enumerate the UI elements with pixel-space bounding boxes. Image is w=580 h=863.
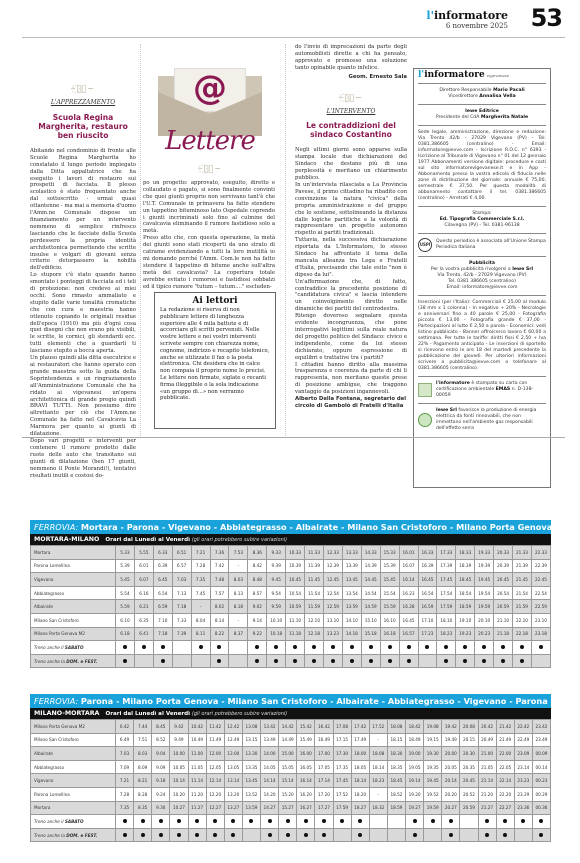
service-dot-icon [304, 833, 308, 837]
departure-time: 8.28 [134, 787, 152, 801]
service-dot-icon [255, 645, 259, 649]
departure-time: 13.27 [224, 801, 242, 815]
departure-time: 13.45 [342, 573, 361, 587]
departure-time: 10.49 [188, 733, 206, 747]
departure-time: 17.08 [333, 720, 351, 734]
service-dot-icon [286, 833, 290, 837]
service-dot-icon [312, 659, 316, 663]
departure-time: 19.10 [456, 613, 475, 627]
service-dot-icon [485, 833, 489, 837]
departure-time: 19.33 [475, 546, 494, 560]
departure-time: 23.36 [514, 801, 532, 815]
departure-time: 22.42 [514, 720, 532, 734]
service-dot-icon [159, 819, 163, 823]
departure-time: 23.42 [532, 720, 550, 734]
departure-time: 19.59 [424, 801, 442, 815]
departure-time: 00.14 [532, 760, 550, 774]
departure-time: 8.11 [191, 627, 210, 641]
route-title: Parona - Milano Porta Genova - Milano Sa… [81, 696, 548, 706]
departure-time: 7.35 [191, 573, 210, 587]
timetable-row: Vigevano5.456.076.457.037.357.488.038.48… [31, 573, 551, 587]
station-name: Vigevano [31, 774, 116, 788]
departure-time: 17.27 [315, 801, 333, 815]
departure-time: 8.03 [229, 573, 248, 587]
departure-time: 13.14 [224, 774, 242, 788]
departure-time: 10.33 [286, 546, 305, 560]
departure-time: 22.05 [496, 760, 514, 774]
departure-time: 13.42 [261, 720, 279, 734]
departure-time: 7.18 [153, 627, 172, 641]
timetable-row: Vigevano7.218.219.1810.1411.1412.1413.14… [31, 774, 551, 788]
departure-time: 13.35 [242, 760, 260, 774]
departure-time: 12.33 [323, 546, 342, 560]
departure-time: 13.00 [224, 747, 242, 761]
lettere-title: Lettere [148, 126, 272, 156]
service-dot-icon [141, 819, 145, 823]
departure-time: 11.05 [188, 760, 206, 774]
departure-time: 11.42 [206, 720, 224, 734]
departure-time: 10.27 [170, 801, 188, 815]
departure-time: 7.35 [116, 801, 134, 815]
service-dot-icon [449, 833, 453, 837]
service-dot-icon [501, 659, 505, 663]
departure-time: 23.23 [514, 774, 532, 788]
service-dot-icon [217, 659, 221, 663]
departure-time: 8.02 [210, 600, 229, 614]
departure-time: 23.49 [532, 733, 550, 747]
departure-time: 20.05 [442, 760, 460, 774]
departure-time: 14.10 [342, 613, 361, 627]
departure-time: 20.00 [442, 747, 460, 761]
departure-time: 13.59 [342, 600, 361, 614]
departure-time: 9.42 [170, 720, 188, 734]
departure-time: 19.39 [475, 559, 494, 573]
departure-time: 22.10 [513, 613, 532, 627]
departure-time: 19.45 [475, 573, 494, 587]
service-dot-icon [142, 645, 146, 649]
departure-time: 23.14 [514, 760, 532, 774]
service-dot-icon [268, 833, 272, 837]
station-name: Albairate [31, 747, 116, 761]
departure-time: 16.57 [399, 627, 418, 641]
departure-time: 10.42 [188, 720, 206, 734]
departure-time: 18.59 [456, 600, 475, 614]
article-body: Negli ultimi giorni sono apparse sulla s… [295, 147, 407, 396]
direction-label: MORTARA-MILANO [34, 536, 99, 543]
service-dot-icon [331, 645, 335, 649]
departure-time: 16.07 [399, 559, 418, 573]
advertising-rates: Inserzioni (per l'Italia): Commerciali €… [418, 295, 546, 376]
article-headline: Le contraddizioni del sindaco Costantino [295, 121, 407, 139]
departure-time: 18.08 [387, 720, 405, 734]
departure-time: 7.53 [229, 546, 248, 560]
departure-time: 9.45 [267, 573, 286, 587]
station-name: Milano San Cristoforo [31, 733, 116, 747]
timetable-row: Milano San Cristoforo6.106.357.107.338.0… [31, 613, 551, 627]
departure-time: 20.59 [460, 801, 478, 815]
departure-time: 20.42 [478, 720, 496, 734]
service-dot-icon [123, 659, 127, 663]
departure-time: 7.03 [116, 747, 134, 761]
letter-column-3: do l'invio di imprecazioni da parte degl… [295, 44, 407, 410]
departure-time: 19.08 [424, 720, 442, 734]
departure-time: 7.18 [172, 600, 191, 614]
departure-time: 15.54 [380, 586, 399, 600]
station-name: Abbiategrasso [31, 586, 116, 600]
departure-time: 19.23 [456, 627, 475, 641]
route-title: Mortara - Parona - Vigevano - Abbiategra… [81, 522, 551, 532]
departure-time: 20.20 [442, 787, 460, 801]
departure-time: 11.39 [305, 559, 324, 573]
service-dot-icon [286, 819, 290, 823]
departure-time: 19.15 [424, 733, 442, 747]
departure-time: 11.27 [188, 801, 206, 815]
departure-time: 16.01 [399, 546, 418, 560]
departure-time: 16.42 [315, 720, 333, 734]
departure-time: 6.49 [116, 733, 134, 747]
departure-time: 7.45 [191, 586, 210, 600]
page-number: 53 [531, 4, 562, 32]
departure-time: 20.08 [460, 720, 478, 734]
departure-time: 17.23 [418, 627, 437, 641]
service-dot-icon [195, 833, 199, 837]
service-dot-icon [322, 833, 326, 837]
departure-time: 14.33 [361, 546, 380, 560]
timetable-subheader-outbound: MORTARA-MILANOOrari dal Lunedì al Venerd… [30, 534, 551, 545]
departure-time: 16.20 [297, 787, 315, 801]
departure-time: 18.23 [437, 627, 456, 641]
departure-time: 17.00 [315, 747, 333, 761]
departure-time: 21.42 [496, 720, 514, 734]
service-dot-icon [463, 645, 467, 649]
departure-time: 18.14 [351, 774, 369, 788]
departure-time: 17.15 [333, 733, 351, 747]
departure-time: 17.33 [437, 546, 456, 560]
departure-time: 10.20 [170, 787, 188, 801]
departure-time: 17.45 [333, 774, 351, 788]
advertising-email: Email: informatore@ievve.com [418, 285, 546, 291]
departure-time: 19.49 [442, 733, 460, 747]
departure-time: 00.23 [532, 774, 550, 788]
departure-time: 15.42 [297, 720, 315, 734]
departure-time: 17.52 [369, 720, 387, 734]
station-name: Parona Lomellina [31, 559, 116, 573]
departure-time: 8.22 [210, 627, 229, 641]
service-dot-icon [159, 833, 163, 837]
uspi-logo-icon: USPI [418, 238, 432, 252]
departure-time: 14.42 [279, 720, 297, 734]
departure-time: 13.30 [242, 747, 260, 761]
departure-time: 23.18 [531, 627, 550, 641]
departure-time: 22.18 [513, 627, 532, 641]
departure-time: 19.05 [406, 760, 424, 774]
timetable-row: Mortara7.358.359.3010.2711.2712.2713.271… [31, 801, 551, 815]
departure-time: 5.45 [116, 573, 135, 587]
departure-time: 19.14 [406, 774, 424, 788]
departure-time: 18.27 [351, 801, 369, 815]
departure-time: - [229, 613, 248, 627]
departure-time: 14.14 [261, 774, 279, 788]
departure-time: 22.39 [531, 559, 550, 573]
departure-time: 13.45 [242, 774, 260, 788]
departure-time: 11.54 [305, 586, 324, 600]
departure-time: 17.30 [333, 747, 351, 761]
emas-logo-icon [418, 383, 432, 397]
departure-time: 19.35 [424, 760, 442, 774]
service-dot-icon [322, 819, 326, 823]
article-paragraph: Abitando nel condominio di fronte alle S… [30, 148, 136, 272]
departure-time: 13.15 [242, 733, 260, 747]
departure-time: 16.45 [399, 613, 418, 627]
departure-time: 21.54 [513, 586, 532, 600]
departure-time: 12.42 [224, 720, 242, 734]
ornament-icon: ~꙰❦꙰~ [148, 164, 272, 174]
timetable-row: Milano San Cristoforo6.497.518.529.4910.… [31, 733, 551, 747]
departure-time: 6.39 [153, 559, 172, 573]
departure-time: 23.09 [514, 747, 532, 761]
departure-time: 10.10 [267, 613, 286, 627]
departure-time: 13.20 [224, 787, 242, 801]
departure-time: 9.39 [267, 559, 286, 573]
service-dot-icon [199, 645, 203, 649]
departure-time: 16.45 [418, 573, 437, 587]
departure-time: 8.04 [191, 613, 210, 627]
departure-time: 21.10 [494, 613, 513, 627]
departure-time: 9.24 [152, 787, 170, 801]
service-dot-icon [255, 659, 259, 663]
timetable-banner-outbound: FERROVIA: Mortara - Parona - Vigevano - … [30, 520, 551, 534]
departure-time: 9.59 [267, 600, 286, 614]
article-paragraph: do l'invio di imprecazioni da parte degl… [295, 44, 407, 72]
departure-time: 7.33 [172, 613, 191, 627]
service-dot-icon [358, 833, 362, 837]
newspaper-name: l'informatore [426, 10, 508, 21]
departure-time: 11.10 [286, 613, 305, 627]
departure-time: 8.18 [229, 600, 248, 614]
departure-time: 8.13 [229, 586, 248, 600]
departure-time: 16.27 [297, 801, 315, 815]
departure-time: 20.15 [460, 733, 478, 747]
departure-time: 6.18 [116, 627, 135, 641]
service-dot-icon [312, 645, 316, 649]
infobox-brand: l'informatorevigevanese [418, 69, 546, 79]
departure-time: 21.18 [494, 627, 513, 641]
service-note-label: Treno anche la DOM. e FEST. [31, 828, 116, 842]
service-dot-icon [331, 659, 335, 663]
departure-time: 5.39 [116, 559, 135, 573]
service-dot-icon [358, 819, 362, 823]
departure-time: 21.14 [478, 774, 496, 788]
holiday-service-row: Treno anche la DOM. e FEST. [31, 654, 551, 668]
departure-time: 16.59 [418, 600, 437, 614]
departure-time: 9.54 [267, 586, 286, 600]
publisher-info: Iewe Editrice Presidente del CdA Margher… [418, 104, 546, 125]
departure-time: 22.27 [496, 801, 514, 815]
departure-time: 12.20 [206, 787, 224, 801]
departure-time: 17.49 [351, 733, 369, 747]
departure-time: 19.20 [406, 787, 424, 801]
publisher-name: Iewe Editrice [465, 109, 499, 114]
departure-time: 19.27 [406, 801, 424, 815]
departure-time: 6.07 [134, 573, 153, 587]
departure-time: 00.36 [532, 801, 550, 815]
departure-time: 19.52 [424, 787, 442, 801]
station-name: Abbiategrasso [31, 760, 116, 774]
departure-time: 20.54 [494, 586, 513, 600]
departure-time: - [369, 787, 387, 801]
departure-time: 21.45 [513, 573, 532, 587]
departure-time: 17.10 [418, 613, 437, 627]
green-energy-note: Iewe Srl favorisce la produzione di ener… [418, 403, 546, 436]
service-note-label: Treno anche il SABATO [31, 641, 116, 655]
departure-time: 8.52 [152, 733, 170, 747]
departure-time: 15.14 [279, 774, 297, 788]
timetable-row: Mortara5.335.556.336.517.217.367.538.369… [31, 546, 551, 560]
departure-time: 12.00 [206, 747, 224, 761]
departure-time: 18.30 [387, 747, 405, 761]
departure-time: 17.35 [333, 760, 351, 774]
saturday-service-row: Treno anche il SABATO [31, 815, 551, 829]
service-dot-icon [274, 659, 278, 663]
departure-time: 21.39 [513, 559, 532, 573]
service-dot-icon [231, 819, 235, 823]
departure-time: 10.00 [170, 747, 188, 761]
departure-time: 8.14 [210, 613, 229, 627]
departure-time: 16.14 [297, 774, 315, 788]
departure-time: 18.45 [387, 774, 405, 788]
departure-time: 16.18 [380, 627, 399, 641]
departure-time: 12.59 [323, 600, 342, 614]
departure-time: 18.32 [369, 801, 387, 815]
service-dot-icon [463, 659, 467, 663]
departure-time: 16.49 [315, 733, 333, 747]
departure-time: 12.14 [206, 774, 224, 788]
departure-time: 17.42 [351, 720, 369, 734]
departure-time: 8.57 [248, 586, 267, 600]
departure-time: 17.05 [315, 760, 333, 774]
departure-time: 23.29 [514, 787, 532, 801]
departure-time: 8.21 [134, 774, 152, 788]
departure-time: 20.30 [460, 747, 478, 761]
departure-time: 9.22 [248, 627, 267, 641]
departure-time: 16.39 [418, 559, 437, 573]
departure-time: 16.14 [399, 573, 418, 587]
departure-time: 12.27 [206, 801, 224, 815]
departure-time: 6.33 [153, 546, 172, 560]
section-kicker: L'INTERVENTO [295, 109, 407, 116]
station-name: Parona Lomellina [31, 787, 116, 801]
departure-time: 9.30 [152, 801, 170, 815]
service-dot-icon [217, 645, 221, 649]
service-dot-icon [304, 819, 308, 823]
service-dot-icon [444, 645, 448, 649]
service-dot-icon [431, 819, 435, 823]
departure-time: 20.52 [460, 787, 478, 801]
timetable-milano-mortara: Milano Porta Genova M26.427.448.459.4210… [30, 719, 551, 842]
departure-time: 20.49 [478, 733, 496, 747]
departure-time: 10.14 [170, 774, 188, 788]
departure-time: 22.54 [531, 586, 550, 600]
letter-regina-margherita-continued: po un progetto: approvato, eseguito, dir… [143, 180, 275, 291]
departure-time: 8.42 [248, 559, 267, 573]
departure-time: 14.18 [342, 627, 361, 641]
departure-time: 17.54 [437, 586, 456, 600]
departure-time: 21.49 [496, 733, 514, 747]
departure-time: 6.54 [153, 586, 172, 600]
issue-date: 6 novembre 2025 [426, 23, 508, 30]
service-dot-icon [340, 819, 344, 823]
service-dot-icon [501, 645, 505, 649]
departure-time: 22.00 [496, 747, 514, 761]
departure-time: 7.36 [210, 546, 229, 560]
departure-time: 7.51 [134, 733, 152, 747]
departure-time: 18.54 [456, 586, 475, 600]
service-dot-icon [123, 833, 127, 837]
departure-time: 7.21 [191, 546, 210, 560]
departure-time: 12.54 [323, 586, 342, 600]
departure-time: - [369, 733, 387, 747]
ornament-icon: ~꙰❦꙰~ [30, 84, 136, 94]
departure-time: 18.33 [456, 546, 475, 560]
station-name: Mortara [31, 546, 116, 560]
departure-time: 17.59 [333, 801, 351, 815]
departure-time: 18.49 [406, 733, 424, 747]
departure-time: 17.20 [315, 787, 333, 801]
service-dot-icon [293, 645, 297, 649]
departure-time: 16.33 [418, 546, 437, 560]
ornament-icon: ~꙰❦꙰~ [295, 93, 407, 103]
article-paragraph: po un progetto: approvato, eseguito, dir… [143, 180, 275, 235]
departure-time: 16.54 [418, 586, 437, 600]
departure-time: 6.21 [134, 600, 153, 614]
saturday-service-row: Treno anche il SABATO [31, 641, 551, 655]
service-dot-icon [369, 645, 373, 649]
departure-time: 7.28 [116, 787, 134, 801]
departure-time: 6.45 [153, 573, 172, 587]
departure-time: 20.14 [442, 774, 460, 788]
service-dot-icon [520, 645, 524, 649]
departure-time: 20.45 [494, 573, 513, 587]
departure-time: 13.59 [242, 801, 260, 815]
departure-time: 19.00 [406, 747, 424, 761]
departure-time: 16.10 [380, 613, 399, 627]
departure-time: 21.59 [513, 600, 532, 614]
departure-time: 8.09 [134, 760, 152, 774]
departure-time: 6.16 [134, 586, 153, 600]
service-dot-icon [123, 819, 127, 823]
departure-time: 14.20 [261, 787, 279, 801]
service-dot-icon [177, 833, 181, 837]
departure-time: 7.09 [116, 760, 134, 774]
departure-time: 21.33 [513, 546, 532, 560]
departure-time: 15.33 [380, 546, 399, 560]
departure-time: 00.09 [532, 747, 550, 761]
departure-time: 10.59 [286, 600, 305, 614]
service-dot-icon [293, 659, 297, 663]
departure-time: 18.15 [387, 733, 405, 747]
departure-time: 6.59 [153, 600, 172, 614]
service-dot-icon [177, 819, 181, 823]
publication-info-box: l'informatorevigevanese Direttore Respon… [413, 68, 551, 488]
article-paragraph: Un plauso quindi alla ditta esecutrice e… [30, 355, 136, 438]
departure-time: 11.33 [305, 546, 324, 560]
lettere-section-logo: @ Lettere ~꙰❦꙰~ [148, 56, 272, 174]
departure-time: 8.36 [248, 546, 267, 560]
printer-name: Ed. Tipografia Commerciale S.r.l. [440, 217, 525, 222]
column-divider [285, 44, 286, 436]
departure-time: 14.45 [361, 573, 380, 587]
at-sign-icon: @ [192, 70, 228, 106]
